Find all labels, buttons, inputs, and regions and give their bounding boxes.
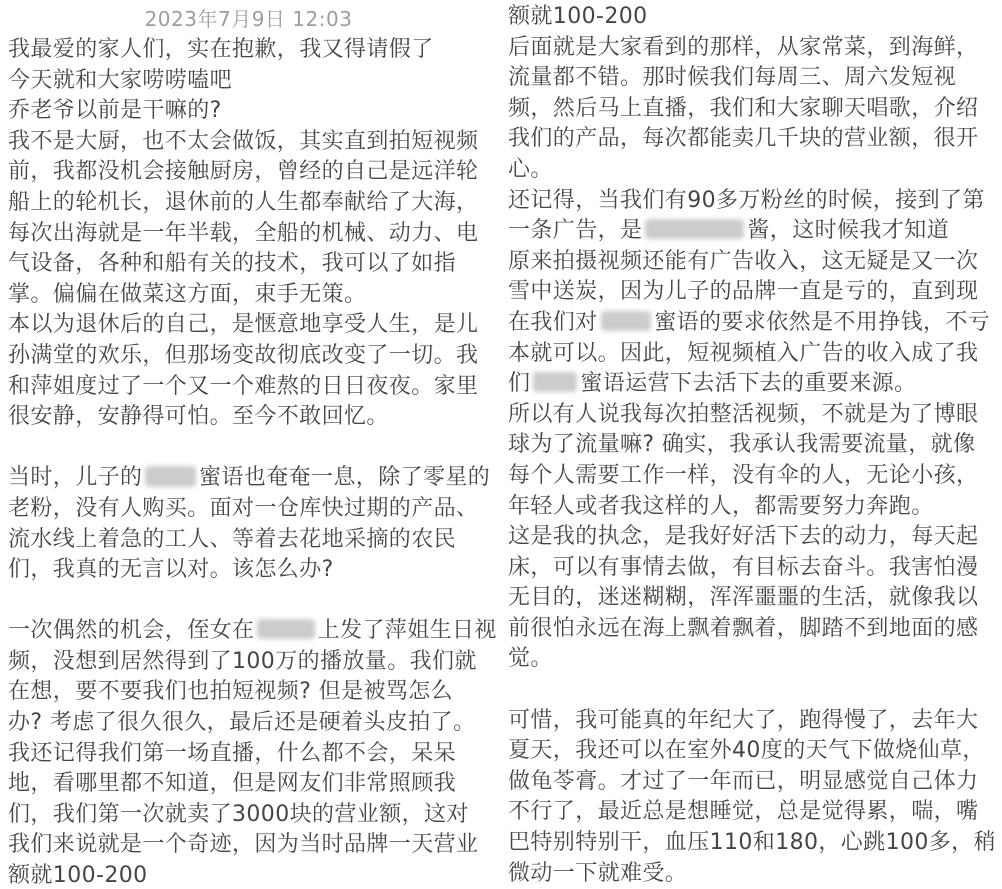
text-line: 们，我们第一次就卖了3000块的营业额，这对 <box>8 800 489 831</box>
right-column-text: 额就100-200后面就是大家看到的那样，从家常菜，到海鲜，流量都不错。那时候我… <box>508 2 990 889</box>
censored-text-patch <box>257 619 314 639</box>
censored-text-patch <box>601 311 652 331</box>
post-text-page: 2023年7月9日 12:03 我最爱的家人们，实在抱歉，我又得请假了今天就和大… <box>0 0 1002 889</box>
text-line: 原来拍摄视频还能有广告收入，这无疑是又一次 <box>508 247 990 278</box>
text-line: 今天就和大家唠唠嗑吧 <box>8 66 489 97</box>
censored-text-patch <box>645 219 744 239</box>
text-line: 所以有人说我每次拍整活视频，不就是为了博眼 <box>508 400 990 431</box>
text-line: 我们的产品，每次都能卖几千块的营业额，很开 <box>508 124 990 155</box>
text-line: 球为了流量嘛? 确实，我承认我需要流量，就像 <box>508 430 990 461</box>
text-line: 可惜，我可能真的年纪大了，跑得慢了，去年大 <box>508 706 990 737</box>
date-header: 2023年7月9日 12:03 <box>8 4 489 35</box>
text-line: 很安静，安静得可怕。至今不敢回忆。 <box>8 402 489 433</box>
text-line: 气设备，各种和船有关的技术，我可以了如指 <box>8 249 489 280</box>
text-line: 乔老爷以前是干嘛的? <box>8 96 489 127</box>
text-line: 孙满堂的欢乐，但那场变故彻底改变了一切。我 <box>8 341 489 372</box>
text-line: 一条广告，是酱，这时候我才知道 <box>508 216 990 247</box>
text-line: 前很怕永远在海上飘着飘着，脚踏不到地面的感 <box>508 614 990 645</box>
left-column-text: 我最爱的家人们，实在抱歉，我又得请假了今天就和大家唠唠嗑吧乔老爷以前是干嘛的?我… <box>8 35 489 889</box>
text-line: 微动一下就难受。 <box>508 859 990 889</box>
text-line: 在我们对蜜语的要求依然是不用挣钱，不亏 <box>508 308 990 339</box>
text-line: 我最爱的家人们，实在抱歉，我又得请假了 <box>8 35 489 66</box>
left-column: 2023年7月9日 12:03 我最爱的家人们，实在抱歉，我又得请假了今天就和大… <box>0 0 501 889</box>
text-line: 我不是大厨，也不太会做饭，其实直到拍短视频 <box>8 127 489 158</box>
text-line: 床，可以有事情去做，有目标去奋斗。我害怕漫 <box>508 553 990 584</box>
text-line: 一次偶然的机会，侄女在上发了萍姐生日视 <box>8 616 489 647</box>
text-line: 地，看哪里都不知道，但是网友们非常照顾我 <box>8 769 489 800</box>
text-line: 当时，儿子的蜜语也奄奄一息，除了零星的 <box>8 463 489 494</box>
text-line: 前，我都没机会接触厨房，曾经的自己是远洋轮 <box>8 157 489 188</box>
text-line: 后面就是大家看到的那样，从家常菜，到海鲜， <box>508 33 990 64</box>
text-line: 还记得，当我们有90多万粉丝的时候，接到了第 <box>508 186 990 217</box>
text-line: 这是我的执念，是我好好活下去的动力，每天起 <box>508 522 990 553</box>
text-line: 额就100-200 <box>8 861 489 889</box>
text-line: 做龟苓膏。才过了一年而已，明显感觉自己体力 <box>508 767 990 798</box>
text-line: 每个人需要工作一样，没有伞的人，无论小孩， <box>508 461 990 492</box>
text-line: 我们来说就是一个奇迹，因为当时品牌一天营业 <box>8 830 489 861</box>
text-line: 在想，要不要我们也拍短视频? 但是被骂怎么 <box>8 677 489 708</box>
censored-text-patch <box>533 372 577 392</box>
text-line: 无目的，迷迷糊糊，浑浑噩噩的生活，就像我以 <box>508 583 990 614</box>
text-line: 不行了，最近总是想睡觉，总是觉得累，喘，嘴 <box>508 797 990 828</box>
text-line: 巴特别特别干，血压110和180，心跳100多，稍 <box>508 828 990 859</box>
text-line: 老粉，没有人购买。面对一仓库快过期的产品、 <box>8 494 489 525</box>
right-column: 额就100-200后面就是大家看到的那样，从家常菜，到海鲜，流量都不错。那时候我… <box>501 0 1002 889</box>
text-line: 流水线上着急的工人、等着去花地采摘的农民 <box>8 525 489 556</box>
text-line: 掌。偏偏在做菜这方面，束手无策。 <box>8 280 489 311</box>
text-line: 本就可以。因此，短视频植入广告的收入成了我 <box>508 339 990 370</box>
text-line: 们蜜语运营下去活下去的重要来源。 <box>508 369 990 400</box>
text-line: 船上的轮机长，退休前的人生都奉献给了大海， <box>8 188 489 219</box>
text-line: 办? 考虑了很久很久，最后还是硬着头皮拍了。 <box>8 708 489 739</box>
text-line: 频，然后马上直播，我们和大家聊天唱歌，介绍 <box>508 94 990 125</box>
censored-text-patch <box>145 466 196 486</box>
text-line: 我还记得我们第一场直播，什么都不会，呆呆 <box>8 739 489 770</box>
text-line: 和萍姐度过了一个又一个难熬的日日夜夜。家里 <box>8 372 489 403</box>
text-line: 额就100-200 <box>508 2 990 33</box>
text-line: 年轻人或者我这样的人，都需要努力奔跑。 <box>508 492 990 523</box>
text-line: 夏天，我还可以在室外40度的天气下做烧仙草， <box>508 736 990 767</box>
text-line: 们，我真的无言以对。该怎么办? <box>8 555 489 586</box>
text-line: 每次出海就是一年半载，全船的机械、动力、电 <box>8 219 489 250</box>
text-line: 觉。 <box>508 644 990 675</box>
text-line: 雪中送炭，因为儿子的品牌一直是亏的，直到现 <box>508 277 990 308</box>
text-line: 频，没想到居然得到了100万的播放量。我们就 <box>8 647 489 678</box>
text-line: 流量都不错。那时候我们每周三、周六发短视 <box>508 63 990 94</box>
text-line: 心。 <box>508 155 990 186</box>
text-line: 本以为退休后的自己，是惬意地享受人生，是儿 <box>8 310 489 341</box>
